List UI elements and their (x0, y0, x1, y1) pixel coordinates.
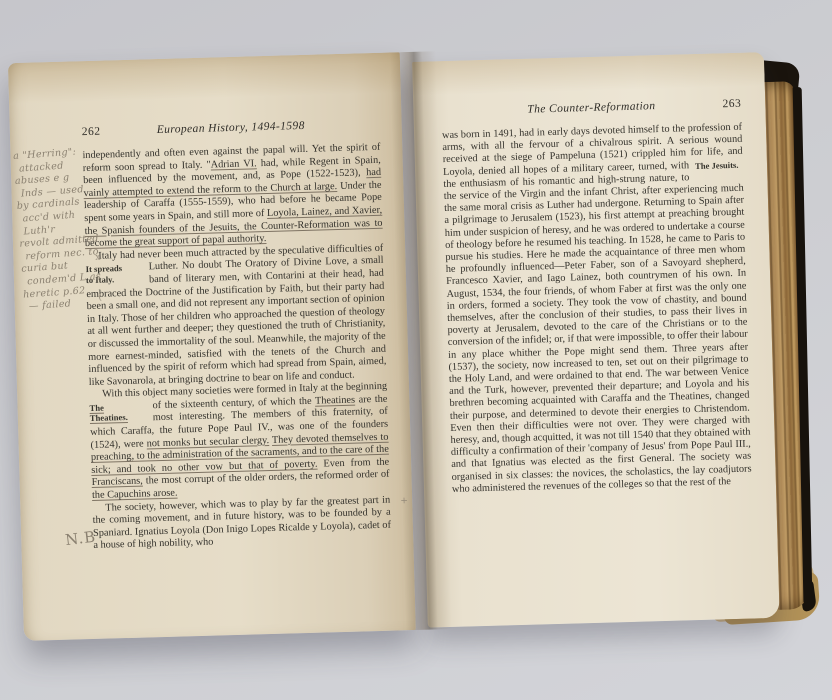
left-running-title: European History, 1494-1598 (126, 118, 336, 138)
pencil-underlined-text: Franciscans, (91, 476, 142, 488)
right-page-number: 263 (697, 97, 741, 112)
pencil-underlined-text: the Capuchins arose. (92, 488, 178, 501)
pencil-underlined-text: Adrian VI. (211, 158, 257, 170)
left-page: 262 European History, 1494-1598 independ… (8, 52, 416, 641)
left-running-header: 262 European History, 1494-1598 (82, 117, 380, 139)
open-book: 262 European History, 1494-1598 independ… (8, 41, 816, 655)
handwritten-nb-note: N.B (64, 528, 97, 549)
body-text-paragraph: The society, however, which was to play … (92, 494, 391, 553)
text-segment: are (355, 394, 375, 406)
right-running-header: The Counter-Reformation 263 (441, 97, 741, 119)
body-text-paragraph: independently and often even against the… (82, 142, 383, 251)
pencil-mark: ( (98, 293, 102, 303)
right-text-block: was born in 1491, had in early days devo… (442, 122, 752, 496)
header-spacer (336, 127, 380, 128)
text-segment: Even from the (317, 457, 389, 470)
body-text-paragraph: was born in 1491, had in early days devo… (442, 122, 752, 496)
pencil-mark: x (95, 253, 100, 263)
right-page: The Counter-Reformation 263 was born in … (412, 52, 780, 628)
pencil-mark: + (400, 496, 408, 506)
shoulder-note: The Jesuits. (695, 159, 743, 171)
shoulder-note: TheTheatines. (89, 401, 148, 423)
text-segment: The society, however, which was to play … (93, 494, 392, 551)
left-text-block: independently and often even against the… (82, 142, 391, 553)
pencil-mark: = (91, 165, 99, 175)
left-page-number: 262 (82, 124, 126, 139)
pencil-underlined-text: Theatines (315, 394, 355, 406)
text-segment: was born in 1491, had in early days devo… (442, 122, 743, 166)
header-spacer (442, 114, 486, 115)
right-running-title: The Counter-Reformation (485, 98, 697, 118)
text-segment: Loyola, denied all hopes of a military c… (443, 160, 752, 495)
body-text-paragraph: Italy had never been much attracted by t… (85, 243, 387, 390)
body-text-paragraph: With this object many societies were for… (89, 381, 390, 503)
